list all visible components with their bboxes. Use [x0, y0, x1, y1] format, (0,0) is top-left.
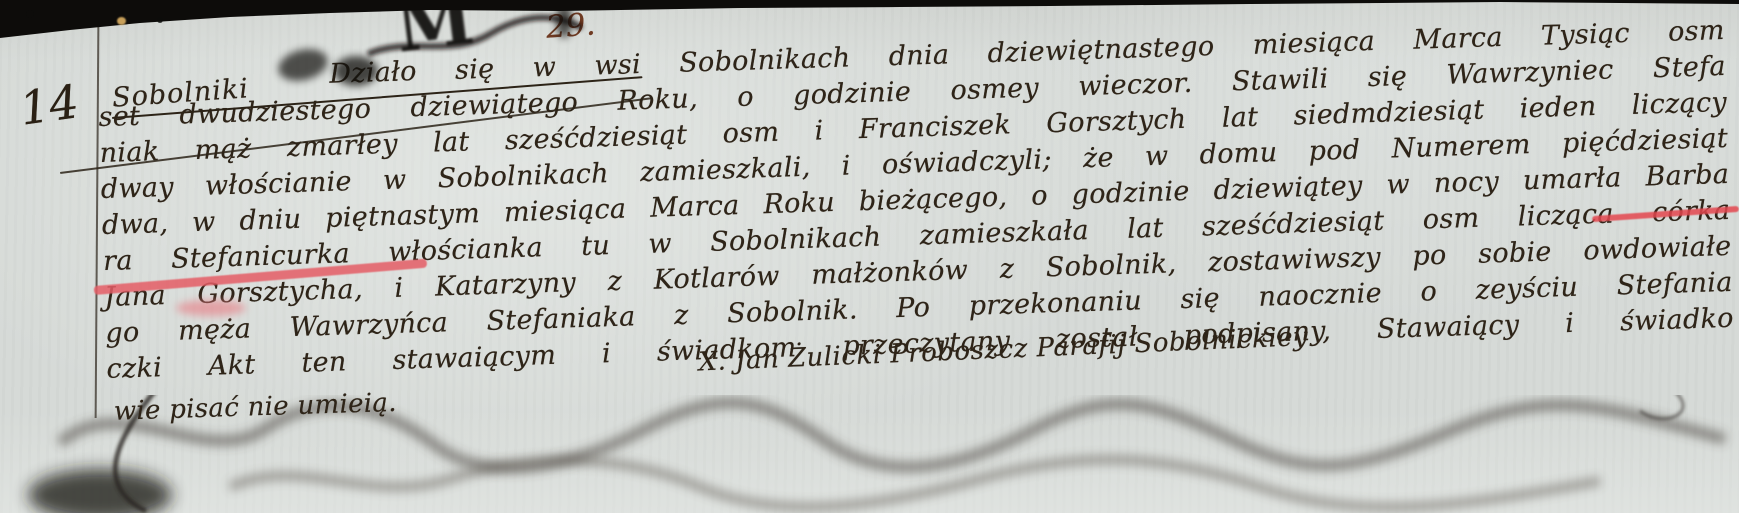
ink-smudge — [334, 56, 378, 86]
margin-rule-line — [95, 26, 100, 418]
scanned-death-record-page: Działo się w wsi Sobolnikach dnia dziewi… — [0, 0, 1739, 513]
blurred-script-stroke — [230, 460, 1600, 508]
closing-line: wie pisać nie umieią. — [113, 385, 397, 430]
paper-stain — [117, 17, 126, 25]
ink-stamp: M — [260, 0, 600, 98]
ink-smudge — [556, 4, 572, 38]
record-number: 14 — [17, 74, 82, 136]
red-ink-smudge — [176, 300, 246, 316]
flourish-stroke — [1640, 395, 1683, 419]
stamp-letter: M — [392, 0, 477, 62]
ink-blot — [28, 469, 172, 513]
